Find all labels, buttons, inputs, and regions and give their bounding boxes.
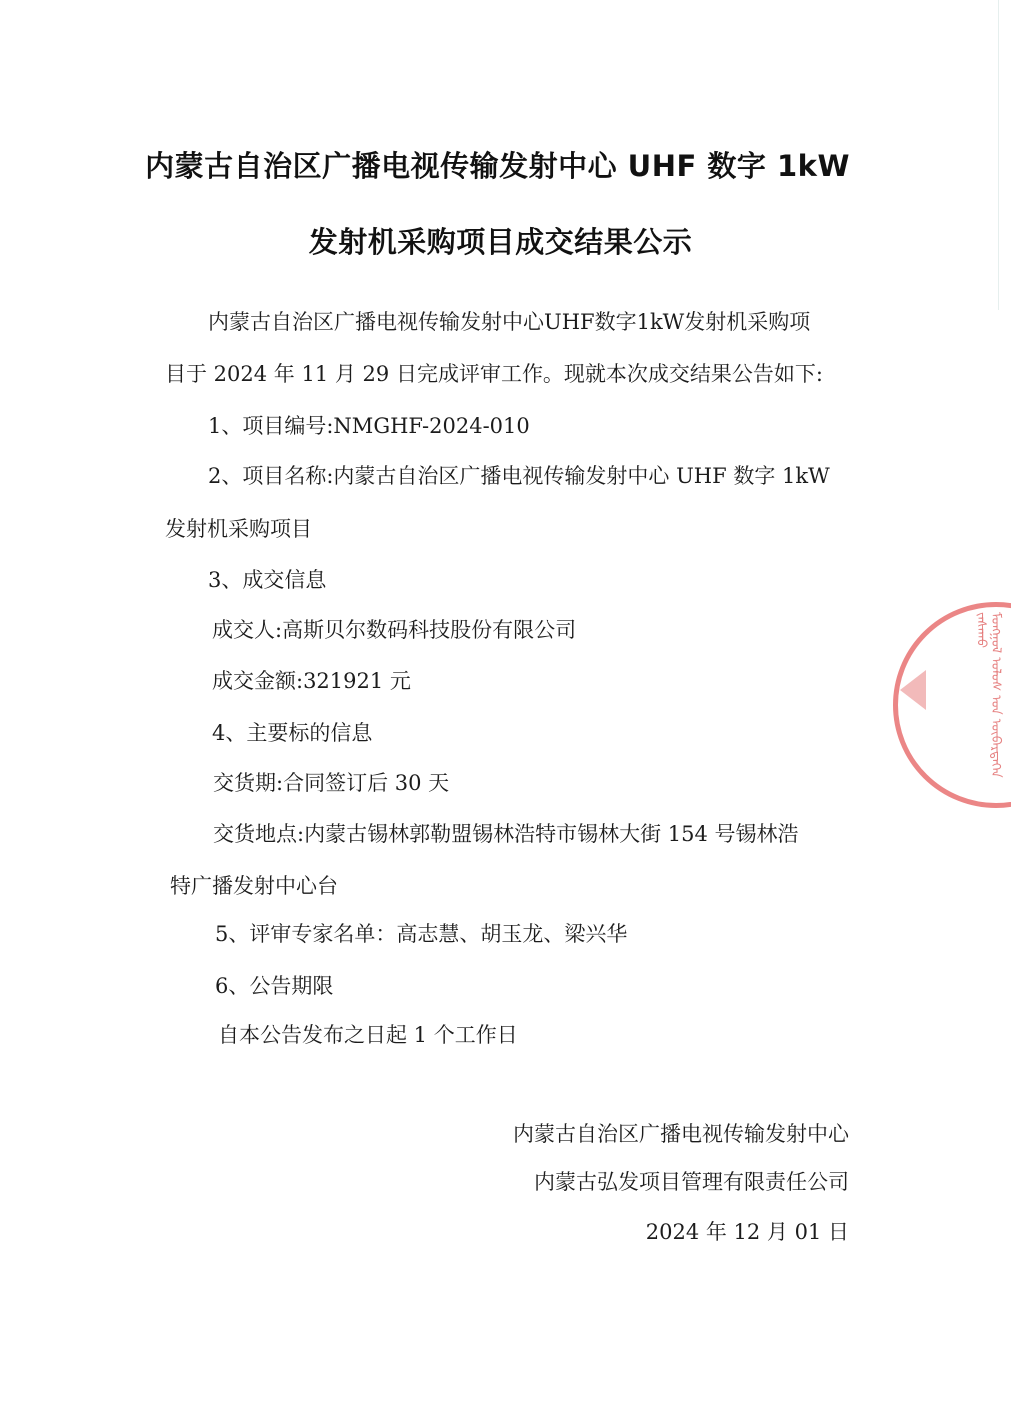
signature-date: 2024 年 12 月 01 日 bbox=[646, 1222, 849, 1243]
deal-winner: 成交人:高斯贝尔数码科技股份有限公司 bbox=[212, 620, 576, 641]
delivery-place-line-1: 交货地点:内蒙古锡林郭勒盟锡林浩特市锡林大街 154 号锡林浩 bbox=[213, 824, 799, 845]
item-main-subject-heading: 4、主要标的信息 bbox=[212, 723, 372, 744]
intro-line-2: 目于 2024 年 11 月 29 日完成评审工作。现就本次成交结果公告如下: bbox=[165, 364, 823, 385]
item-deal-info-heading: 3、成交信息 bbox=[208, 570, 326, 591]
document-title-line-1: 内蒙古自治区广播电视传输发射中心 UHF 数字 1kW bbox=[0, 152, 1003, 181]
signature-org-2: 内蒙古弘发项目管理有限责任公司 bbox=[534, 1172, 849, 1193]
notice-period-text: 自本公告发布之日起 1 个工作日 bbox=[218, 1025, 518, 1046]
item-notice-period-heading: 6、公告期限 bbox=[215, 976, 333, 997]
signature-org-1: 内蒙古自治区广播电视传输发射中心 bbox=[513, 1124, 849, 1145]
item-project-name-line-2: 发射机采购项目 bbox=[165, 519, 312, 540]
document-title-line-2: 发射机采购项目成交结果公示 bbox=[0, 228, 1006, 257]
intro-line-1: 内蒙古自治区广播电视传输发射中心UHF数字1kW发射机采购项 bbox=[208, 312, 810, 333]
delivery-period: 交货期:合同签订后 30 天 bbox=[213, 773, 449, 794]
item-project-number: 1、项目编号:NMGHF-2024-010 bbox=[208, 416, 530, 437]
deal-amount: 成交金额:321921 元 bbox=[212, 671, 411, 692]
official-seal-stamp: ᠮᠣᠩᠭᠣᠯ ᠤᠯᠤᠰ ᠤᠨ ᠥᠪᠡᠷᠲᠡᠭᠡᠨ ᠵᠠᠰᠠᠬᠤ bbox=[860, 590, 1011, 820]
item-review-experts: 5、评审专家名单：高志慧、胡玉龙、梁兴华 bbox=[215, 924, 627, 945]
delivery-place-line-2: 特广播发射中心台 bbox=[170, 876, 338, 897]
item-project-name-line-1: 2、项目名称:内蒙古自治区广播电视传输发射中心 UHF 数字 1kW bbox=[208, 466, 830, 487]
seal-script-text: ᠮᠣᠩᠭᠣᠯ ᠤᠯᠤᠰ ᠤᠨ ᠥᠪᠡᠷᠲᠡᠭᠡᠨ ᠵᠠᠰᠠᠬᠤ bbox=[912, 612, 1002, 802]
